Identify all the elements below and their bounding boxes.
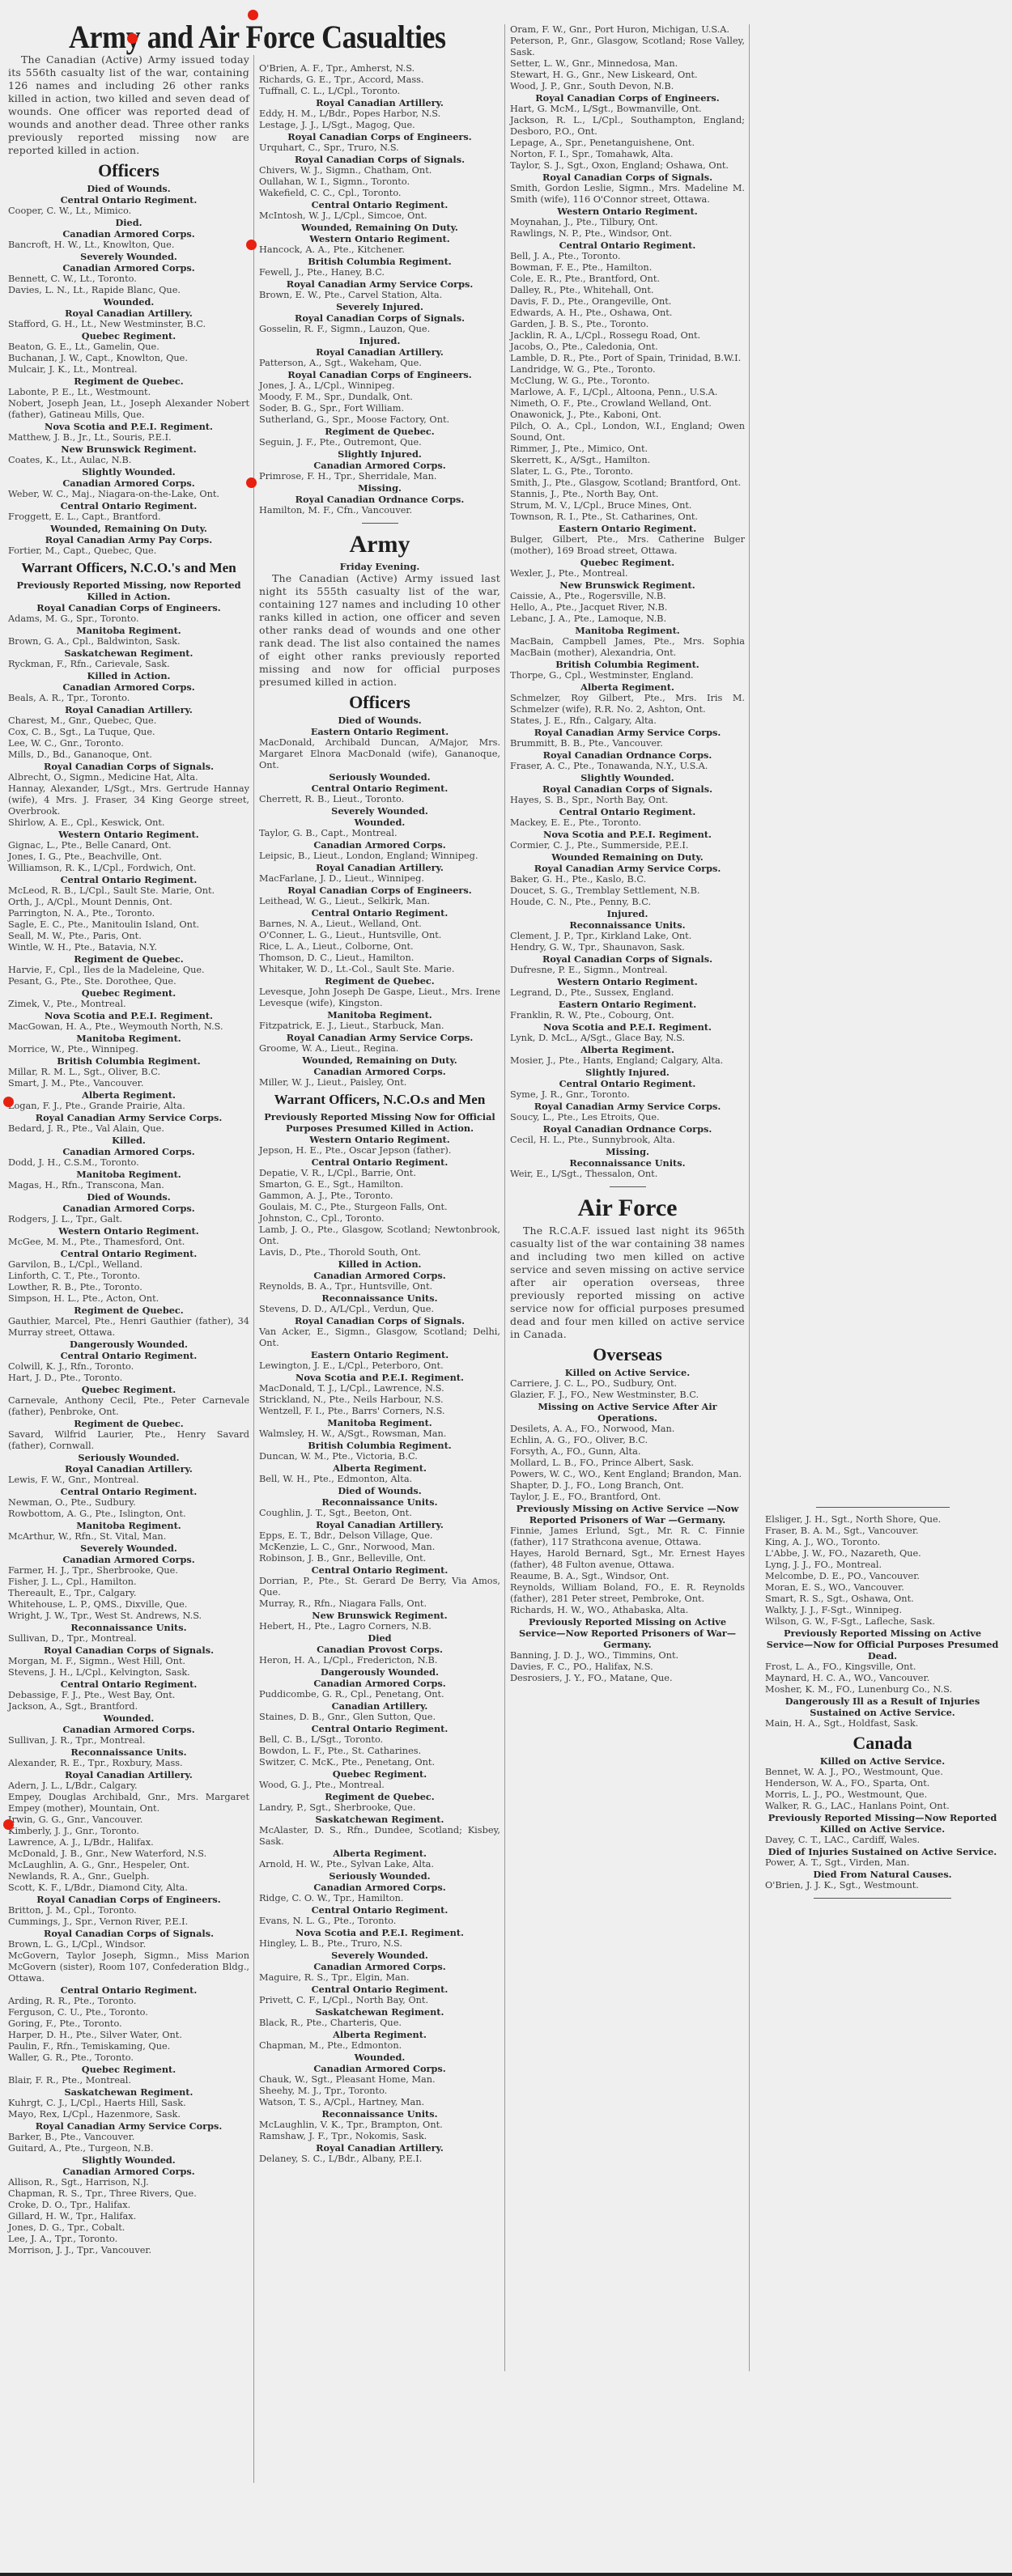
unit-heading: Canadian Armored Corps. [259,839,500,851]
casualty-entry: McGee, M. M., Pte., Thamesford, Ont. [8,1237,249,1248]
casualty-entry: Hamilton, M. F., Cfn., Vancouver. [259,505,500,516]
casualty-entry: Richards, G. E., Tpr., Accord, Mass. [259,74,500,86]
unit-heading: Royal Canadian Corps of Signals. [259,154,500,165]
red-dot-marker-icon [3,1097,14,1107]
category-heading: Dangerously Wounded. [8,1339,249,1350]
unit-heading: Reconnaissance Units. [259,2108,500,2120]
casualty-entry: Fisher, J. L., Cpl., Hamilton. [8,1577,249,1588]
casualty-entry: Carnevale, Anthony Cecil, Pte., Peter Ca… [8,1395,249,1418]
casualty-entry: Dodd, J. H., C.S.M., Toronto. [8,1157,249,1169]
unit-heading: Canadian Armored Corps. [8,477,249,489]
column-2: O'Brien, A. F., Tpr., Amherst, N.S.Richa… [259,63,500,2165]
casualty-entry: Ferguson, C. U., Pte., Toronto. [8,2007,249,2018]
unit-heading: Canadian Armored Corps. [259,2063,500,2074]
category-heading: Died of Injuries Sustained on Active Ser… [765,1846,1000,1857]
casualty-entry: Heron, H. A., L/Cpl., Fredericton, N.B. [259,1655,500,1666]
category-heading: Slightly Injured. [259,448,500,460]
unit-heading: Canadian Armored Corps. [8,681,249,693]
casualty-entry: Chivers, W. J., Sigmn., Chatham, Ont. [259,165,500,176]
casualty-entry: Mills, D., Bd., Gananoque, Ont. [8,749,249,761]
casualty-entry: Duncan, W. M., Pte., Victoria, B.C. [259,1451,500,1462]
casualty-entry: Hart, G. McM., L/Sgt., Bowmanville, Ont. [510,104,745,115]
casualty-entry: MacDonald, Archibald Duncan, A/Major, Mr… [259,737,500,771]
category-heading: Killed on Active Service. [765,1755,1000,1767]
category-heading: Wounded Remaining on Duty. [510,851,745,863]
unit-heading: Western Ontario Regiment. [259,233,500,244]
casualty-entry: Dufresne, P. E., Sigmn., Montreal. [510,965,745,976]
casualty-entry: Wright, J. W., Tpr., West St. Andrews, N… [8,1611,249,1622]
unit-heading: Alberta Regiment. [259,1462,500,1474]
casualty-entry: Patterson, A., Sgt., Wakeham, Que. [259,358,500,369]
casualty-entry: Cole, E. R., Pte., Brantford, Ont. [510,274,745,285]
casualty-entry: Hello, A., Pte., Jacquet River, N.B. [510,602,745,613]
casualty-entry: Cormier, C. J., Pte., Summerside, P.E.I. [510,840,745,851]
casualty-entry: Morris, L. J., PO., Westmount, Que. [765,1789,1000,1801]
casualty-entry: McLaughlin, A. G., Gnr., Hespeler, Ont. [8,1860,249,1871]
unit-heading: Canadian Armored Corps. [8,262,249,274]
unit-heading: Royal Canadian Army Service Corps. [8,2120,249,2132]
category-heading: Died From Natural Causes. [765,1869,1000,1880]
casualty-entry: Linforth, C. T., Pte., Toronto. [8,1271,249,1282]
unit-heading: Nova Scotia and P.E.I. Regiment. [8,1010,249,1021]
unit-heading: Canadian Armored Corps. [8,1724,249,1735]
category-heading: Wounded. [259,817,500,828]
casualty-entry: Puddicombe, G. R., Cpl., Penetang, Ont. [259,1689,500,1700]
unit-heading: Central Ontario Regiment. [8,1678,249,1690]
casualty-entry: Stafford, G. H., Lt., New Westminster, B… [8,319,249,330]
casualty-entry: Bulger, Gilbert, Pte., Mrs. Catherine Bu… [510,534,745,557]
category-heading: Previously Reported Missing Now for Offi… [259,1111,500,1134]
casualty-entry: Adern, J. L., L/Bdr., Calgary. [8,1780,249,1792]
casualty-entry: McGovern, Taylor Joseph, Sigmn., Miss Ma… [8,1950,249,1984]
unit-heading: Royal Canadian Army Service Corps. [8,1112,249,1123]
casualty-entry: Garden, J. B. S., Pte., Toronto. [510,319,745,330]
casualty-entry: Fewell, J., Pte., Haney, B.C. [259,267,500,278]
unit-heading: Alberta Regiment. [259,1848,500,1859]
casualty-entry: Lee, W. C., Gnr., Toronto. [8,738,249,749]
casualty-entry: Morrison, J. J., Tpr., Vancouver. [8,2245,249,2256]
casualty-entry: Hendry, G. W., Tpr., Shaunavon, Sask. [510,942,745,953]
casualty-entry: McLaughlin, V. K., Tpr., Brampton, Ont. [259,2120,500,2131]
unit-heading: Central Ontario Regiment. [510,806,745,817]
unit-heading: Regiment de Quebec. [8,1305,249,1316]
bottom-bar [0,2573,1012,2576]
casualty-entry: Thereault, E., Tpr., Calgary. [8,1588,249,1599]
unit-heading: Saskatchewan Regiment. [259,1814,500,1825]
casualty-entry: Hingley, L. B., Pte., Truro, N.S. [259,1938,500,1950]
casualty-entry: Glazier, F. J., FO., New Westminster, B.… [510,1390,745,1401]
unit-heading: Royal Canadian Corps of Signals. [510,953,745,965]
casualty-entry: Depatie, V. R., L/Cpl., Barrie, Ont. [259,1168,500,1179]
category-heading: Killed. [8,1135,249,1146]
casualty-entry: Lynk, D. McL., A/Sgt., Glace Bay, N.S. [510,1033,745,1044]
casualty-entry: Landry, P., Sgt., Sherbrooke, Que. [259,1802,500,1814]
casualty-entry: Walkty, J. J., F-Sgt., Winnipeg. [765,1605,1000,1616]
category-heading: Severely Injured. [259,301,500,312]
casualty-entry: Smart, R. S., Sgt., Oshawa, Ont. [765,1594,1000,1605]
unit-heading: British Columbia Regiment. [259,1440,500,1451]
unit-heading: Royal Canadian Ordnance Corps. [259,494,500,505]
category-heading: Killed in Action. [259,1258,500,1270]
casualty-entry: Desilets, A. A., FO., Norwood, Man. [510,1424,745,1435]
category-heading: Previously Reported Missing, now Reporte… [8,579,249,602]
army-heading: Army [259,530,500,559]
category-heading: Slightly Wounded. [8,2154,249,2166]
casualty-entry: Melcombe, D. E., PO., Vancouver. [765,1571,1000,1582]
casualty-entry: Rodgers, J. L., Tpr., Galt. [8,1214,249,1225]
casualty-entry: Walker, R. G., LAC., Hanlans Point, Ont. [765,1801,1000,1812]
unit-heading: Canadian Armored Corps. [8,2166,249,2177]
casualty-entry: Lyng, J. J., FO., Montreal. [765,1560,1000,1571]
unit-heading: Nova Scotia and P.E.I. Regiment. [510,829,745,840]
unit-heading: Regiment de Quebec. [8,1418,249,1429]
unit-heading: Eastern Ontario Regiment. [510,999,745,1010]
category-heading: Died. [8,217,249,228]
casualty-entry: Wentzell, F. I., Pte., Barrs' Corners, N… [259,1406,500,1417]
casualty-entry: Fraser, B. A. M., Sgt., Vancouver. [765,1526,1000,1537]
casualty-entry: Sullivan, J. R., Tpr., Montreal. [8,1735,249,1746]
casualty-entry: Smith, J., Pte., Glasgow, Scotland; Bran… [510,477,745,489]
unit-heading: Reconnaissance Units. [510,1157,745,1169]
casualty-entry: Robinson, J. B., Gnr., Belleville, Ont. [259,1553,500,1564]
casualty-entry: McAlaster, D. S., Rfn., Dundee, Scotland… [259,1825,500,1848]
unit-heading: Manitoba Regiment. [259,1009,500,1021]
casualty-entry: Groome, W. A., Lieut., Regina. [259,1043,500,1055]
casualty-entry: Jacobs, O., Pte., Caledonia, Ont. [510,342,745,353]
unit-heading: Western Ontario Regiment. [8,1225,249,1237]
casualty-entry: Beaton, G. E., Lt., Gamelin, Que. [8,342,249,353]
red-dot-marker-icon [248,10,258,20]
casualty-entry: Weber, W. C., Maj., Niagara-on-the-Lake,… [8,489,249,500]
unit-heading: Canadian Armored Corps. [8,228,249,240]
category-heading: Seriously Wounded. [259,771,500,783]
lede-rcaf-965th-list: The R.C.A.F. issued last night its 965th… [510,1224,745,1341]
casualty-entry: Croke, D. O., Tpr., Halifax. [8,2200,249,2211]
section-heading: Warrant Officers, N.C.O.'s and Men [8,560,249,576]
unit-heading: Royal Canadian Corps of Signals. [8,1644,249,1656]
unit-heading: Canadian Armored Corps. [259,1066,500,1077]
army-dateline: Friday Evening. [259,561,500,572]
column-rule [253,55,254,2483]
unit-heading: New Brunswick Regiment. [259,1610,500,1621]
airforce-heading: Air Force [510,1194,745,1223]
casualty-entry: Newman, O., Pte., Sudbury. [8,1497,249,1509]
casualty-entry: Newlands, R. A., Gnr., Guelph. [8,1871,249,1882]
unit-heading: Reconnaissance Units. [510,919,745,931]
casualty-entry: Simpson, H. L., Pte., Acton, Ont. [8,1293,249,1305]
casualty-entry: Fraser, A. C., Pte., Tonawanda, N.Y., U.… [510,761,745,772]
casualty-entry: Dorrian, P., Pte., St. Gerard De Berry, … [259,1576,500,1598]
casualty-entry: Forsyth, A., FO., Gunn, Alta. [510,1446,745,1458]
casualty-entry: Empey, Douglas Archibald, Gnr., Mrs. Mar… [8,1792,249,1814]
casualty-entry: Rimmer, J., Pte., Mimico, Ont. [510,443,745,455]
casualty-entry: Doucet, S. G., Tremblay Settlement, N.B. [510,885,745,897]
casualty-entry: Fortier, M., Capt., Quebec, Que. [8,545,249,557]
casualty-entry: Staines, D. B., Gnr., Glen Sutton, Que. [259,1712,500,1723]
casualty-entry: Moody, F. M., Spr., Dundalk, Ont. [259,392,500,403]
casualty-entry: Harper, D. H., Pte., Silver Water, Ont. [8,2030,249,2041]
unit-heading: Royal Canadian Artillery. [259,97,500,108]
canada-heading: Canada [765,1733,1000,1754]
casualty-entry: States, J. E., Rfn., Calgary, Alta. [510,715,745,727]
unit-heading: Royal Canadian Artillery. [259,862,500,873]
casualty-entry: Savard, Wilfrid Laurier, Pte., Henry Sav… [8,1429,249,1452]
casualty-entry: Thomson, D. C., Lieut., Hamilton. [259,953,500,964]
casualty-entry: Albrecht, O., Sigmn., Medicine Hat, Alta… [8,772,249,783]
casualty-entry: Logan, F. J., Pte., Grande Prairie, Alta… [8,1101,249,1112]
unit-heading: Canadian Armored Corps. [259,1882,500,1893]
unit-heading: Central Ontario Regiment. [510,240,745,251]
casualty-entry: Jones, J. A., L/Cpl., Winnipeg. [259,380,500,392]
unit-heading: Royal Canadian Corps of Engineers. [259,131,500,142]
casualty-entry: Skerrett, K., A/Sgt., Hamilton. [510,455,745,466]
casualty-entry: Cooper, C. W., Lt., Mimico. [8,206,249,217]
casualty-entry: Mosier, J., Pte., Hants, England; Calgar… [510,1055,745,1067]
casualty-entry: Hayes, Harold Bernard, Sgt., Mr. Ernest … [510,1548,745,1571]
unit-heading: Royal Canadian Ordnance Corps. [510,1123,745,1135]
casualty-entry: MacFarlane, J. D., Lieut., Winnipeg. [259,873,500,885]
red-dot-marker-icon [246,240,257,250]
casualty-entry: Brummitt, B. B., Pte., Vancouver. [510,738,745,749]
casualty-entry: Coates, K., Lt., Aulac, N.B. [8,455,249,466]
casualty-entry: Bedard, J. R., Pte., Val Alain, Que. [8,1123,249,1135]
casualty-entry: Jacklin, R. A., L/Cpl., Rossegu Road, On… [510,330,745,342]
unit-heading: Central Ontario Regiment. [259,1564,500,1576]
category-heading: Severely Wounded. [259,1950,500,1961]
casualty-entry: Mollard, L. B., FO., Prince Albert, Sask… [510,1458,745,1469]
unit-heading: Central Ontario Regiment. [259,1984,500,1995]
category-heading: Previously Missing on Active Service —No… [510,1503,745,1526]
unit-heading: Central Ontario Regiment. [259,1723,500,1734]
unit-heading: Quebec Regiment. [259,1768,500,1780]
unit-heading: Royal Canadian Corps of Engineers. [259,885,500,896]
casualty-entry: Wilson, G. W., F-Sgt., Lafleche, Sask. [765,1616,1000,1628]
divider [362,523,398,524]
casualty-entry: Cherrett, R. B., Lieut., Toronto. [259,794,500,805]
casualty-entry: Mosher, K. M., FO., Lunenburg Co., N.S. [765,1684,1000,1695]
casualty-entry: Goring, F., Pte., Toronto. [8,2018,249,2030]
category-heading: Died of Wounds. [259,715,500,726]
category-heading: Killed on Active Service. [510,1367,745,1378]
unit-heading: Manitoba Regiment. [8,1169,249,1180]
casualty-entry: Davis, F. D., Pte., Orangeville, Ont. [510,296,745,308]
casualty-entry: Henderson, W. A., FO., Sparta, Ont. [765,1778,1000,1789]
casualty-entry: Barnes, N. A., Lieut., Welland, Ont. [259,919,500,930]
unit-heading: Reconnaissance Units. [259,1292,500,1304]
casualty-entry: Whitaker, W. D., Lt.-Col., Sault Ste. Ma… [259,964,500,975]
casualty-entry: Gignac, L., Pte., Belle Canard, Ont. [8,840,249,851]
casualty-entry: MacDonald, T. J., L/Cpl., Lawrence, N.S. [259,1383,500,1394]
unit-heading: Royal Canadian Corps of Signals. [259,312,500,324]
unit-heading: Reconnaissance Units. [8,1746,249,1758]
casualty-entry: Watson, T. S., A/Cpl., Hartney, Man. [259,2097,500,2108]
casualty-entry: Matthew, J. B., Jr., Lt., Souris, P.E.I. [8,432,249,443]
casualty-entry: Onawonick, J., Pte., Kaboni, Ont. [510,410,745,421]
unit-heading: Central Ontario Regiment. [8,1984,249,1996]
casualty-entry: Peterson, P., Gnr., Glasgow, Scotland; R… [510,36,745,58]
casualty-entry: Sagle, E. C., Pte., Manitoulin Island, O… [8,919,249,931]
unit-heading: Canadian Armored Corps. [259,1270,500,1281]
casualty-entry: Levesque, John Joseph De Gaspe, Lieut., … [259,987,500,1009]
casualty-entry: Norton, F. I., Spr., Tomahawk, Alta. [510,149,745,160]
unit-heading: British Columbia Regiment. [8,1055,249,1067]
unit-heading: Central Ontario Regiment. [8,874,249,885]
lede-555th-list: The Canadian (Active) Army issued last n… [259,572,500,689]
casualty-entry: Edwards, A. H., Pte., Oshawa, Ont. [510,308,745,319]
casualty-entry: O'Conner, L. G., Lieut., Huntsville, Ont… [259,930,500,941]
casualty-entry: Waller, G. R., Pte., Toronto. [8,2052,249,2064]
unit-heading: Royal Canadian Army Pay Corps. [8,534,249,545]
casualty-entry: Chauk, W., Sgt., Pleasant Home, Man. [259,2074,500,2086]
column-rule [749,24,750,2371]
casualty-entry: Main, H. A., Sgt., Holdfast, Sask. [765,1718,1000,1729]
unit-heading: Alberta Regiment. [510,681,745,693]
casualty-entry: Maynard, H. C. A., WO., Vancouver. [765,1673,1000,1684]
casualty-entry: Murray, R., Rfn., Niagara Falls, Ont. [259,1598,500,1610]
unit-heading: Saskatchewan Regiment. [8,2086,249,2098]
casualty-entry: Bell, W. H., Pte., Edmonton, Alta. [259,1474,500,1485]
casualty-entry: Lee, J. A., Tpr., Toronto. [8,2234,249,2245]
casualty-entry: Magas, H., Rfn., Transcona, Man. [8,1180,249,1191]
category-heading: Wounded. [8,296,249,308]
casualty-entry: Smart, J. M., Pte., Vancouver. [8,1078,249,1089]
category-heading: Wounded, Remaining On Duty. [259,222,500,233]
casualty-entry: Evans, N. L. G., Pte., Toronto. [259,1916,500,1927]
category-heading: Injured. [259,335,500,346]
casualty-entry: Bell, C. B., L/Sgt., Toronto. [259,1734,500,1746]
category-heading: Severely Wounded. [259,805,500,817]
army-officers-heading: Officers [259,692,500,713]
column-3: Oram, F. W., Gnr., Port Huron, Michigan,… [510,24,745,1684]
casualty-entry: Leithead, W. G., Lieut., Selkirk, Man. [259,896,500,907]
divider [610,1186,646,1187]
casualty-entry: Bancroft, H. W., Lt., Knowlton, Que. [8,240,249,251]
unit-heading: Western Ontario Regiment. [510,206,745,217]
unit-heading: Western Ontario Regiment. [510,976,745,987]
divider [816,1507,950,1508]
category-heading: Wounded, Remaining on Duty. [259,1055,500,1066]
casualty-entry: Stewart, H. G., Gnr., New Liskeard, Ont. [510,70,745,81]
category-heading: Missing. [259,482,500,494]
lede-556th-list: The Canadian (Active) Army issued today … [8,53,249,157]
casualty-entry: McClung, W. G., Pte., Toronto. [510,376,745,387]
category-heading: Died of Wounds. [8,183,249,194]
casualty-entry: Bowdon, L. F., Pte., St. Catharines. [259,1746,500,1757]
casualty-entry: Reaume, B. A., Sgt., Windsor, Ont. [510,1571,745,1582]
unit-heading: Alberta Regiment. [8,1089,249,1101]
casualty-entry: Mackey, E. E., Pte., Toronto. [510,817,745,829]
casualty-entry: Ramshaw, J. F., Tpr., Nokomis, Sask. [259,2131,500,2142]
unit-heading: Central Ontario Regiment. [510,1078,745,1089]
category-heading: Slightly Wounded. [8,466,249,477]
casualty-entry: Cox, C. B., Sgt., La Tuque, Que. [8,727,249,738]
casualty-entry: Blair, F. R., Pte., Montreal. [8,2075,249,2086]
casualty-entry: Seall, M. W., Pte., Paris, Ont. [8,931,249,942]
casualty-entry: McArthur, W., Rfn., St. Vital, Man. [8,1531,249,1543]
casualty-entry: Moynahan, J., Pte., Tilbury, Ont. [510,217,745,228]
red-dot-marker-icon [3,1819,14,1830]
casualty-entry: Wakefield, C. C., Cpl., Toronto. [259,188,500,199]
casualty-entry: Cecil, H. L., Pte., Sunnybrook, Alta. [510,1135,745,1146]
unit-heading: Central Ontario Regiment. [8,1486,249,1497]
casualty-entry: Alexander, R. E., Tpr., Roxbury, Mass. [8,1758,249,1769]
unit-heading: Central Ontario Regiment. [259,199,500,210]
unit-heading: Saskatchewan Regiment. [259,2006,500,2018]
unit-heading: Canadian Provost Corps. [259,1644,500,1655]
unit-heading: Royal Canadian Artillery. [259,2142,500,2154]
category-heading: Missing on Active Service After Air Oper… [510,1401,745,1424]
unit-heading: Royal Canadian Corps of Engineers. [8,602,249,613]
red-dot-marker-icon [246,477,257,488]
casualty-entry: Taylor, G. B., Capt., Montreal. [259,828,500,839]
casualty-entry: Strickland, N., Pte., Neils Harbour, N.S… [259,1394,500,1406]
casualty-entry: Lepage, A., Spr., Penetanguishene, Ont. [510,138,745,149]
unit-heading: Central Ontario Regiment. [259,1904,500,1916]
red-dot-marker-icon [127,33,138,44]
category-heading: Slightly Wounded. [510,772,745,783]
unit-heading: Royal Canadian Artillery. [8,1769,249,1780]
unit-heading: Royal Canadian Corps of Signals. [510,783,745,795]
unit-heading: Quebec Regiment. [8,330,249,342]
casualty-entry: Setter, L. W., Gnr., Minnedosa, Man. [510,58,745,70]
casualty-entry: Rice, L. A., Lieut., Colborne, Ont. [259,941,500,953]
unit-heading: Saskatchewan Regiment. [8,647,249,659]
casualty-entry: Lebanc, J. A., Pte., Lamoque, N.B. [510,613,745,625]
casualty-entry: Epps, E. T., Bdr., Delson Village, Que. [259,1530,500,1542]
casualty-entry: Strum, M. V., L/Cpl., Bruce Mines, Ont. [510,500,745,511]
column-4: Elsliger, J. H., Sgt., North Shore, Que.… [765,1507,1000,1905]
casualty-entry: Landridge, W. G., Pte., Toronto. [510,364,745,376]
unit-heading: Royal Canadian Army Service Corps. [259,278,500,290]
casualty-entry: Wood, J. P., Gnr., South Devon, N.B. [510,81,745,92]
casualty-entry: Seguin, J. F., Pte., Outremont, Que. [259,437,500,448]
category-heading: Previously Reported Missing on Active Se… [765,1628,1000,1661]
casualty-entry: Brown, E. W., Pte., Carvel Station, Alta… [259,290,500,301]
unit-heading: Royal Canadian Artillery. [259,1519,500,1530]
casualty-entry: Townson, R. I., Pte., St. Catharines, On… [510,511,745,523]
casualty-entry: Allison, R., Sgt., Harrison, N.J. [8,2177,249,2188]
unit-heading: Royal Canadian Corps of Engineers. [259,369,500,380]
casualty-entry: Brown, G. A., Cpl., Baldwinton, Sask. [8,636,249,647]
casualty-entry: Hayes, S. B., Spr., North Bay, Ont. [510,795,745,806]
casualty-entry: O'Brien, J. J. K., Sgt., Westmount. [765,1880,1000,1891]
casualty-entry: Arnold, H. W., Pte., Sylvan Lake, Alta. [259,1859,500,1870]
unit-heading: Western Ontario Regiment. [8,829,249,840]
officers-heading: Officers [8,160,249,181]
divider [814,1898,951,1899]
unit-heading: Canadian Armored Corps. [8,1203,249,1214]
unit-heading: Canadian Artillery. [259,1700,500,1712]
casualty-entry: Whitehouse, L. P., QMS., Dixville, Que. [8,1599,249,1611]
casualty-entry: Privett, C. F., L/Cpl., North Bay, Ont. [259,1995,500,2006]
unit-heading: Quebec Regiment. [8,987,249,999]
unit-heading: Canadian Armored Corps. [8,1146,249,1157]
casualty-entry: Rawlings, N. P., Pte., Windsor, Ont. [510,228,745,240]
casualty-entry: Lamb, J. O., Pte., Glasgow, Scotland; Ne… [259,1224,500,1247]
casualty-entry: Franklin, R. W., Pte., Cobourg, Ont. [510,1010,745,1021]
unit-heading: Eastern Ontario Regiment. [259,726,500,737]
unit-heading: Regiment de Quebec. [8,376,249,387]
casualty-entry: McKenzie, L. C., Gnr., Norwood, Man. [259,1542,500,1553]
unit-heading: Royal Canadian Artillery. [259,346,500,358]
unit-heading: Royal Canadian Corps of Engineers. [510,92,745,104]
casualty-entry: Nimeth, O. F., Pte., Crowland Welland, O… [510,398,745,410]
casualty-entry: Pilch, O. A., Cpl., London, W.I., Englan… [510,421,745,443]
casualty-entry: Chapman, R. S., Tpr., Three Rivers, Que. [8,2188,249,2200]
casualty-entry: Kuhrgt, C. J., L/Cpl., Haerts Hill, Sask… [8,2098,249,2109]
casualty-entry: Bennet, W. A. J., PO., Westmount, Que. [765,1767,1000,1778]
casualty-entry: Lestage, J. J., L/Sgt., Magog, Que. [259,120,500,131]
